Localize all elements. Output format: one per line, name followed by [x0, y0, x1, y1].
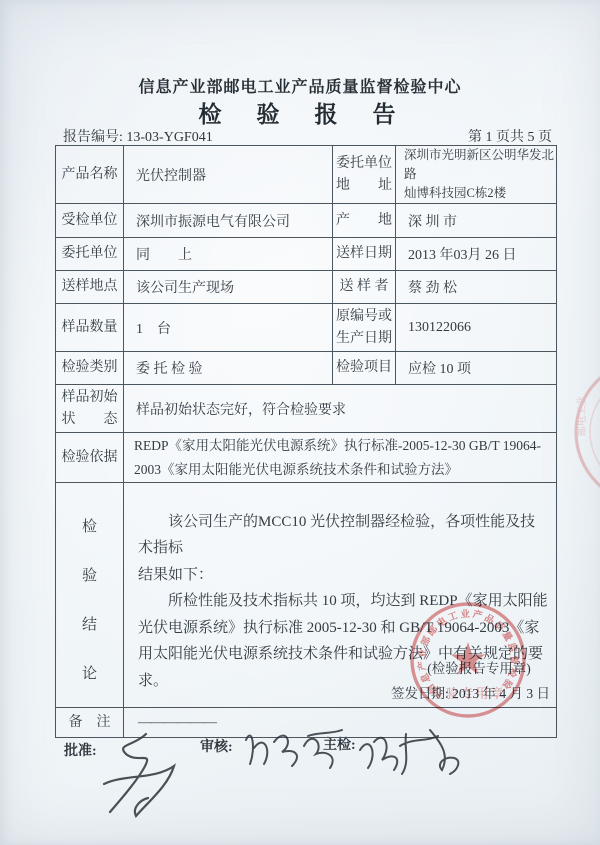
approver-signature	[88, 728, 198, 823]
reviewer-signature	[238, 720, 348, 775]
field-value: 应检 10 项	[396, 352, 557, 385]
field-label: 样品初始 状 态	[56, 385, 124, 433]
field-value: 2013 年03月 26 日	[396, 238, 557, 271]
field-label: 原编号或 生产日期	[333, 304, 396, 352]
page-title: 检 验 报 告	[0, 96, 600, 129]
review-label: 审核:	[200, 736, 233, 756]
edge-seal-stamp-icon: 邮电工业	[568, 352, 600, 522]
field-label: 委托单位	[56, 238, 124, 271]
field-value: 光伏控制器	[124, 146, 333, 204]
field-value: 130122066	[396, 304, 557, 352]
field-value: 蔡 劲 松	[396, 271, 557, 304]
field-value: 该公司生产现场	[124, 271, 333, 304]
field-value: 1 台	[124, 304, 333, 352]
table-row-basis: 检验依据 REDP《家用太阳能光伏电源系统》执行标准-2005-12-30 GB…	[56, 433, 557, 483]
table-row: 样品数量 1 台 原编号或 生产日期 130122066	[56, 304, 557, 352]
field-label: 检验项目	[333, 352, 396, 385]
field-value: 同 上	[124, 238, 333, 271]
field-label: 送样地点	[56, 271, 124, 304]
field-label: 检验类别	[56, 352, 124, 385]
table-row: 委托单位 同 上 送样日期 2013 年03月 26 日	[56, 238, 557, 271]
seal-star-icon	[451, 642, 485, 675]
edge-seal-text: 邮电工业	[575, 396, 588, 436]
field-label: 受检单位	[56, 204, 124, 238]
field-label: 样品数量	[56, 304, 124, 352]
org-name: 信息产业部邮电工业产品质量监督检验中心	[0, 74, 600, 97]
field-label: 委托单位 地 址	[333, 146, 396, 204]
field-label: 送 样 者	[333, 271, 396, 304]
page-indicator: 第 1 页共 5 页	[468, 126, 552, 146]
svg-text:信息产业部邮电工业产品质量监督检验中心: 信息产业部邮电工业产品质量监督检验中心	[406, 598, 520, 696]
field-label: 检验依据	[56, 433, 124, 483]
field-value: REDP《家用太阳能光伏电源系统》执行标准-2005-12-30 GB/T 19…	[124, 433, 557, 483]
scanned-inspection-report: { "page": { "org_name": "信息产业部邮电工业产品质量监督…	[0, 0, 600, 845]
seal-inner-text: 检验专用章	[430, 686, 505, 701]
field-value: 深圳市振源电气有限公司	[124, 204, 333, 238]
field-label: 产 地	[333, 204, 396, 238]
inspector-signature	[350, 720, 475, 780]
field-label: 送样日期	[333, 238, 396, 271]
table-row: 产品名称 光伏控制器 委托单位 地 址 深圳市光明新区公明华发北路 灿博科技园C…	[56, 146, 557, 204]
field-value: 委 托 检 验	[124, 352, 333, 385]
field-value: 深圳市光明新区公明华发北路 灿博科技园C栋2楼	[396, 146, 557, 204]
report-number: 报告编号: 13-03-YGF041	[63, 126, 213, 146]
seal-ring-text: 信息产业部邮电工业产品质量监督检验中心	[406, 598, 520, 696]
field-label: 产品名称	[56, 146, 124, 204]
field-value: 样品初始状态完好，符合检验要求	[124, 385, 557, 433]
table-row: 受检单位 深圳市振源电气有限公司 产 地 深 圳 市	[56, 204, 557, 238]
table-row-sample-state: 样品初始 状 态 样品初始状态完好，符合检验要求	[56, 385, 557, 433]
field-value: 深 圳 市	[396, 204, 557, 238]
table-row: 送样地点 该公司生产现场 送 样 者 蔡 劲 松	[56, 271, 557, 304]
table-row: 检验类别 委 托 检 验 检验项目 应检 10 项	[56, 352, 557, 385]
conclusion-label: 检 验 结 论	[56, 483, 124, 708]
official-seal-stamp-icon: 信息产业部邮电工业产品质量监督检验中心 检验专用章	[406, 598, 530, 722]
